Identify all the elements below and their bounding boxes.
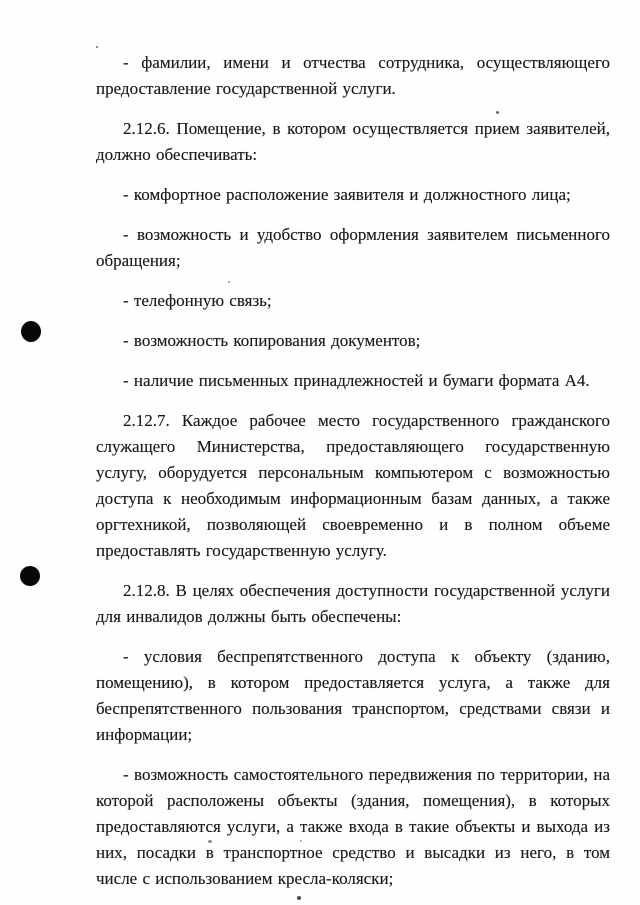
paragraph-list-item: - возможность копирования документов; [96, 328, 610, 354]
paragraph-section-2-12-6: 2.12.6. Помещение, в котором осуществляе… [96, 116, 610, 168]
paragraph-list-item: - условия беспрепятственного доступа к о… [96, 644, 610, 748]
paragraph-list-item: - телефонную связь; [96, 288, 610, 314]
scan-speck [96, 46, 98, 48]
paragraph-list-item: - возможность самостоятельного передвиже… [96, 762, 610, 892]
document-text-block: - фамилии, имени и отчества сотрудника, … [96, 50, 610, 905]
hole-punch-mark [21, 321, 41, 342]
hole-punch-mark [20, 566, 40, 586]
paragraph-list-item: - комфортное расположение заявителя и до… [96, 182, 610, 208]
paragraph-section-2-12-7: 2.12.7. Каждое рабочее место государстве… [96, 408, 610, 564]
paragraph-list-item: - возможность и удобство оформления заяв… [96, 222, 610, 274]
paragraph-section-2-12-8: 2.12.8. В целях обеспечения доступности … [96, 578, 610, 630]
paragraph-list-item: - фамилии, имени и отчества сотрудника, … [96, 50, 610, 102]
paragraph-list-item: - наличие письменных принадлежностей и б… [96, 368, 610, 394]
document-page: - фамилии, имени и отчества сотрудника, … [0, 0, 640, 905]
